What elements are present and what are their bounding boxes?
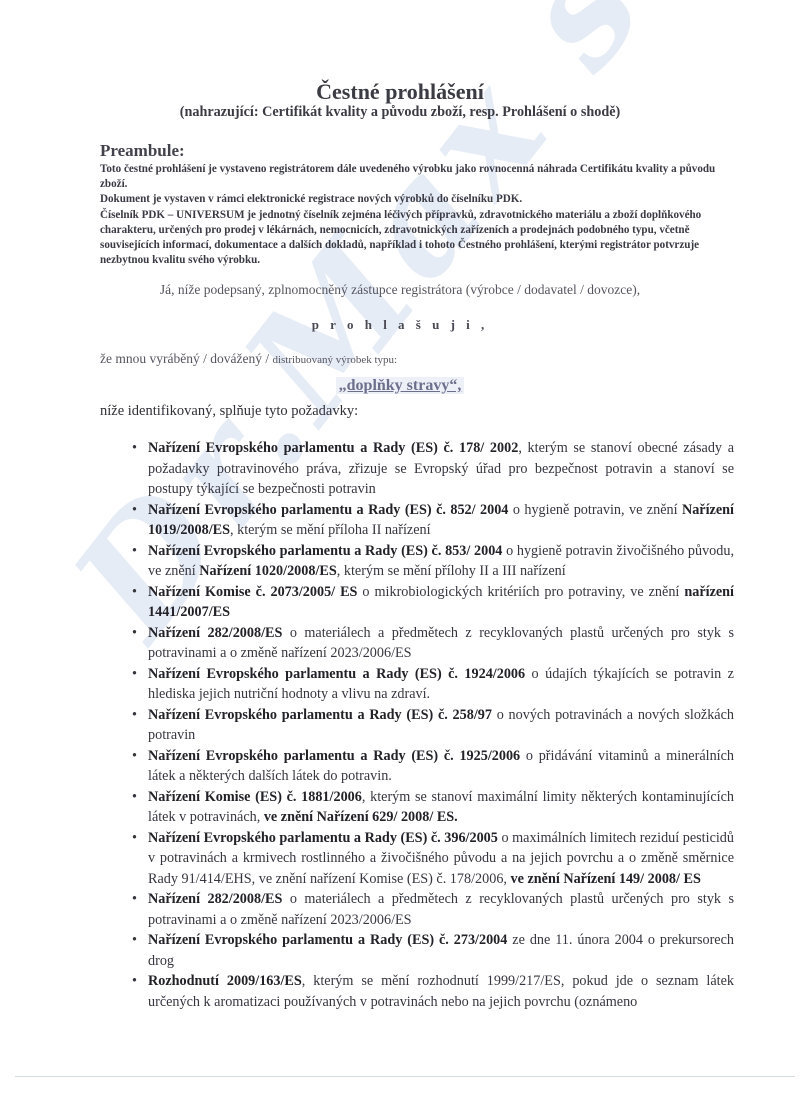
regulation-description: , kterým se mění příloha II nařízení: [230, 522, 431, 538]
regulation-reference: Nařízení Evropského parlamentu a Rady (E…: [148, 666, 525, 682]
regulation-reference: Rozhodnutí 2009/163/ES: [148, 973, 302, 989]
regulation-description: , kterým se mění přílohy II a III naříze…: [337, 563, 566, 579]
product-line-main: že mnou vyráběný / dovážený /: [100, 351, 272, 366]
requirement-item: Nařízení 282/2008/ES o materiálech a pře…: [148, 623, 734, 664]
regulation-reference: Nařízení 282/2008/ES: [148, 891, 282, 907]
document-title: Čestné prohlášení: [0, 79, 800, 105]
regulation-reference: Nařízení Evropského parlamentu a Rady (E…: [148, 543, 502, 559]
requirement-item: Nařízení Evropského parlamentu a Rady (E…: [148, 828, 734, 890]
product-line: že mnou vyráběný / dovážený / distribuov…: [100, 351, 397, 367]
product-type-label: „doplňky stravy“,: [336, 377, 465, 394]
declarant-line: Já, níže podepsaný, zplnomocněný zástupc…: [0, 282, 800, 298]
product-line-small: distribuovaný výrobek typu:: [272, 354, 397, 366]
regulation-reference: ve znění Nařízení 149/ 2008/ ES: [511, 871, 701, 887]
requirement-item: Nařízení Evropského parlamentu a Rady (E…: [148, 541, 734, 582]
regulation-reference: Nařízení Evropského parlamentu a Rady (E…: [148, 707, 492, 723]
requirement-item: Rozhodnutí 2009/163/ES, kterým se mění r…: [148, 971, 734, 1012]
requirement-item: Nařízení Evropského parlamentu a Rady (E…: [148, 500, 734, 541]
regulation-reference: Nařízení Komise č. 2073/2005/ ES: [148, 584, 357, 600]
preamble-paragraph: Číselník PDK – UNIVERSUM je jednotný čís…: [100, 208, 740, 269]
requirement-item: Nařízení Komise č. 2073/2005/ ES o mikro…: [148, 582, 734, 623]
declare-word: p r o h l a š u j i ,: [0, 317, 800, 333]
identified-line: níže identifikovaný, splňuje tyto požada…: [100, 403, 358, 420]
requirement-item: Nařízení Evropského parlamentu a Rady (E…: [148, 746, 734, 787]
preamble-paragraph: Toto čestné prohlášení je vystaveno regi…: [100, 162, 740, 192]
preamble-paragraph: Dokument je vystaven v rámci elektronick…: [100, 192, 740, 207]
requirement-item: Nařízení Evropského parlamentu a Rady (E…: [148, 930, 734, 971]
regulation-description: o hygieně potravin, ve znění: [508, 502, 682, 518]
regulation-reference: Nařízení Evropského parlamentu a Rady (E…: [148, 830, 498, 846]
regulation-reference: ve znění Nařízení 629/ 2008/ ES.: [264, 809, 458, 825]
regulation-reference: Nařízení 282/2008/ES: [148, 625, 282, 641]
document-subtitle: (nahrazující: Certifikát kvality a původ…: [0, 104, 800, 121]
regulation-reference: Nařízení Evropského parlamentu a Rady (E…: [148, 932, 507, 948]
regulation-reference: Nařízení Evropského parlamentu a Rady (E…: [148, 748, 520, 764]
requirement-item: Nařízení Evropského parlamentu a Rady (E…: [148, 705, 734, 746]
regulation-reference: Nařízení Evropského parlamentu a Rady (E…: [148, 502, 508, 518]
document-page: Čestné prohlášení (nahrazující: Certifik…: [0, 0, 800, 1100]
requirement-item: Nařízení Komise (ES) č. 1881/2006, který…: [148, 787, 734, 828]
regulation-reference: Nařízení Komise (ES) č. 1881/2006: [148, 789, 362, 805]
requirement-item: Nařízení 282/2008/ES o materiálech a pře…: [148, 889, 734, 930]
regulation-reference: Nařízení Evropského parlamentu a Rady (E…: [148, 440, 518, 456]
preamble-heading: Preambule:: [100, 141, 185, 161]
requirement-item: Nařízení Evropského parlamentu a Rady (E…: [148, 438, 734, 500]
requirements-list: Nařízení Evropského parlamentu a Rady (E…: [148, 438, 734, 1012]
regulation-reference: Nařízení 1020/2008/ES: [199, 563, 337, 579]
preamble-body: Toto čestné prohlášení je vystaveno regi…: [100, 162, 740, 268]
requirement-item: Nařízení Evropského parlamentu a Rady (E…: [148, 664, 734, 705]
regulation-description: o mikrobiologických kritériích pro potra…: [357, 584, 684, 600]
product-type: „doplňky stravy“,: [0, 377, 800, 395]
page-edge-line: [15, 1076, 795, 1077]
